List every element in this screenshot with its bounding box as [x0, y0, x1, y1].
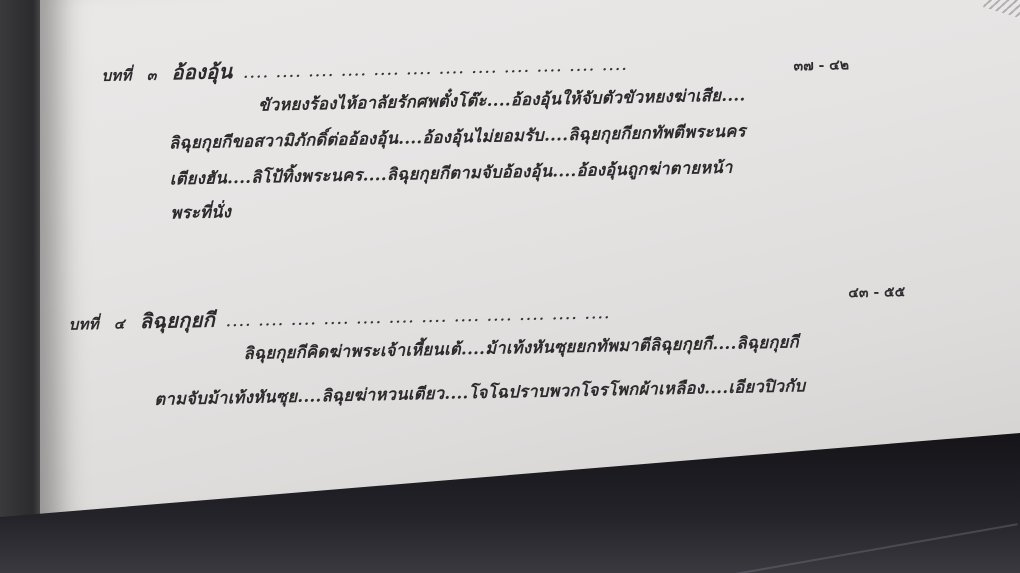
chapter-number: ๓	[147, 68, 157, 84]
toc-content: บทที่ ๓ อ้องอุ้น .... .... .... .... ...…	[0, 0, 1020, 573]
chapter-4-summary-line-1: ลิฉุยกุยกีคิดฆ่าพระเจ้าเหี้ยนเต้....ม้าเ…	[243, 329, 799, 367]
chapter-title: ลิฉุยกุยกี	[139, 308, 215, 334]
chapter-4-heading: บทที่ ๔ ลิฉุยกุยกี .... .... .... .... .…	[68, 295, 611, 338]
dot-leader: .... .... .... .... .... .... .... .... …	[243, 59, 628, 82]
chapter-label: บทที่	[69, 315, 100, 334]
chapter-3-summary-line-1: ขัวหยงร้องไห้อาลัยรักศพตั๋งโต๊ะ....อ้องอ…	[258, 82, 746, 118]
chapter-4-summary-line-2: ตามจับม้าเท้งหันซุย....ลิฉุยฆ่าหวนเตียว.…	[154, 373, 805, 413]
chapter-3-summary-line-4: พระที่นั่ง	[170, 199, 231, 226]
chapter-label: บทที่	[101, 66, 132, 85]
chapter-title: อ้องอุ้น	[171, 59, 232, 84]
chapter-3-heading: บทที่ ๓ อ้องอุ้น .... .... .... .... ...…	[101, 47, 628, 90]
chapter-4-page-range: ๔๓ - ๕๕	[848, 281, 905, 304]
book-photo: บทที่ ๓ อ้องอุ้น .... .... .... .... ...…	[0, 0, 1020, 573]
chapter-3-summary-line-2: ลิฉุยกุยกีขอสวามิภักดิ์ต่ออ้องอุ้น....อ้…	[169, 118, 746, 156]
chapter-3-page-range: ๓๗ - ๔๒	[793, 54, 849, 77]
chapter-3-summary-line-3: เตียงฮัน....ลิโป้ทิ้งพระนคร....ลิฉุยกุยก…	[170, 155, 733, 193]
chapter-number: ๔	[114, 316, 125, 332]
dot-leader: .... .... .... .... .... .... .... .... …	[226, 307, 611, 330]
